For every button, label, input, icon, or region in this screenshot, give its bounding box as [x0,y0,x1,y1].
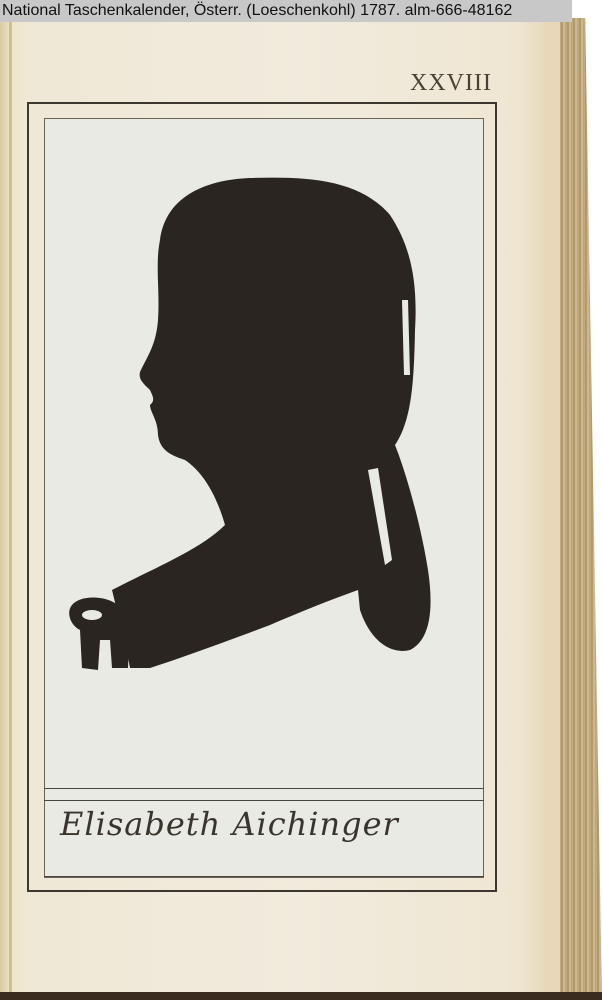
book-bottom-edge [0,992,602,1000]
caption-rule [44,876,484,877]
portrait-caption: Elisabeth Aichinger [60,805,480,843]
silhouette-portrait [0,0,602,1000]
caption-rule [44,800,484,801]
window-title: National Taschenkalender, Österr. (Loesc… [0,0,572,22]
caption-rule [44,788,484,789]
